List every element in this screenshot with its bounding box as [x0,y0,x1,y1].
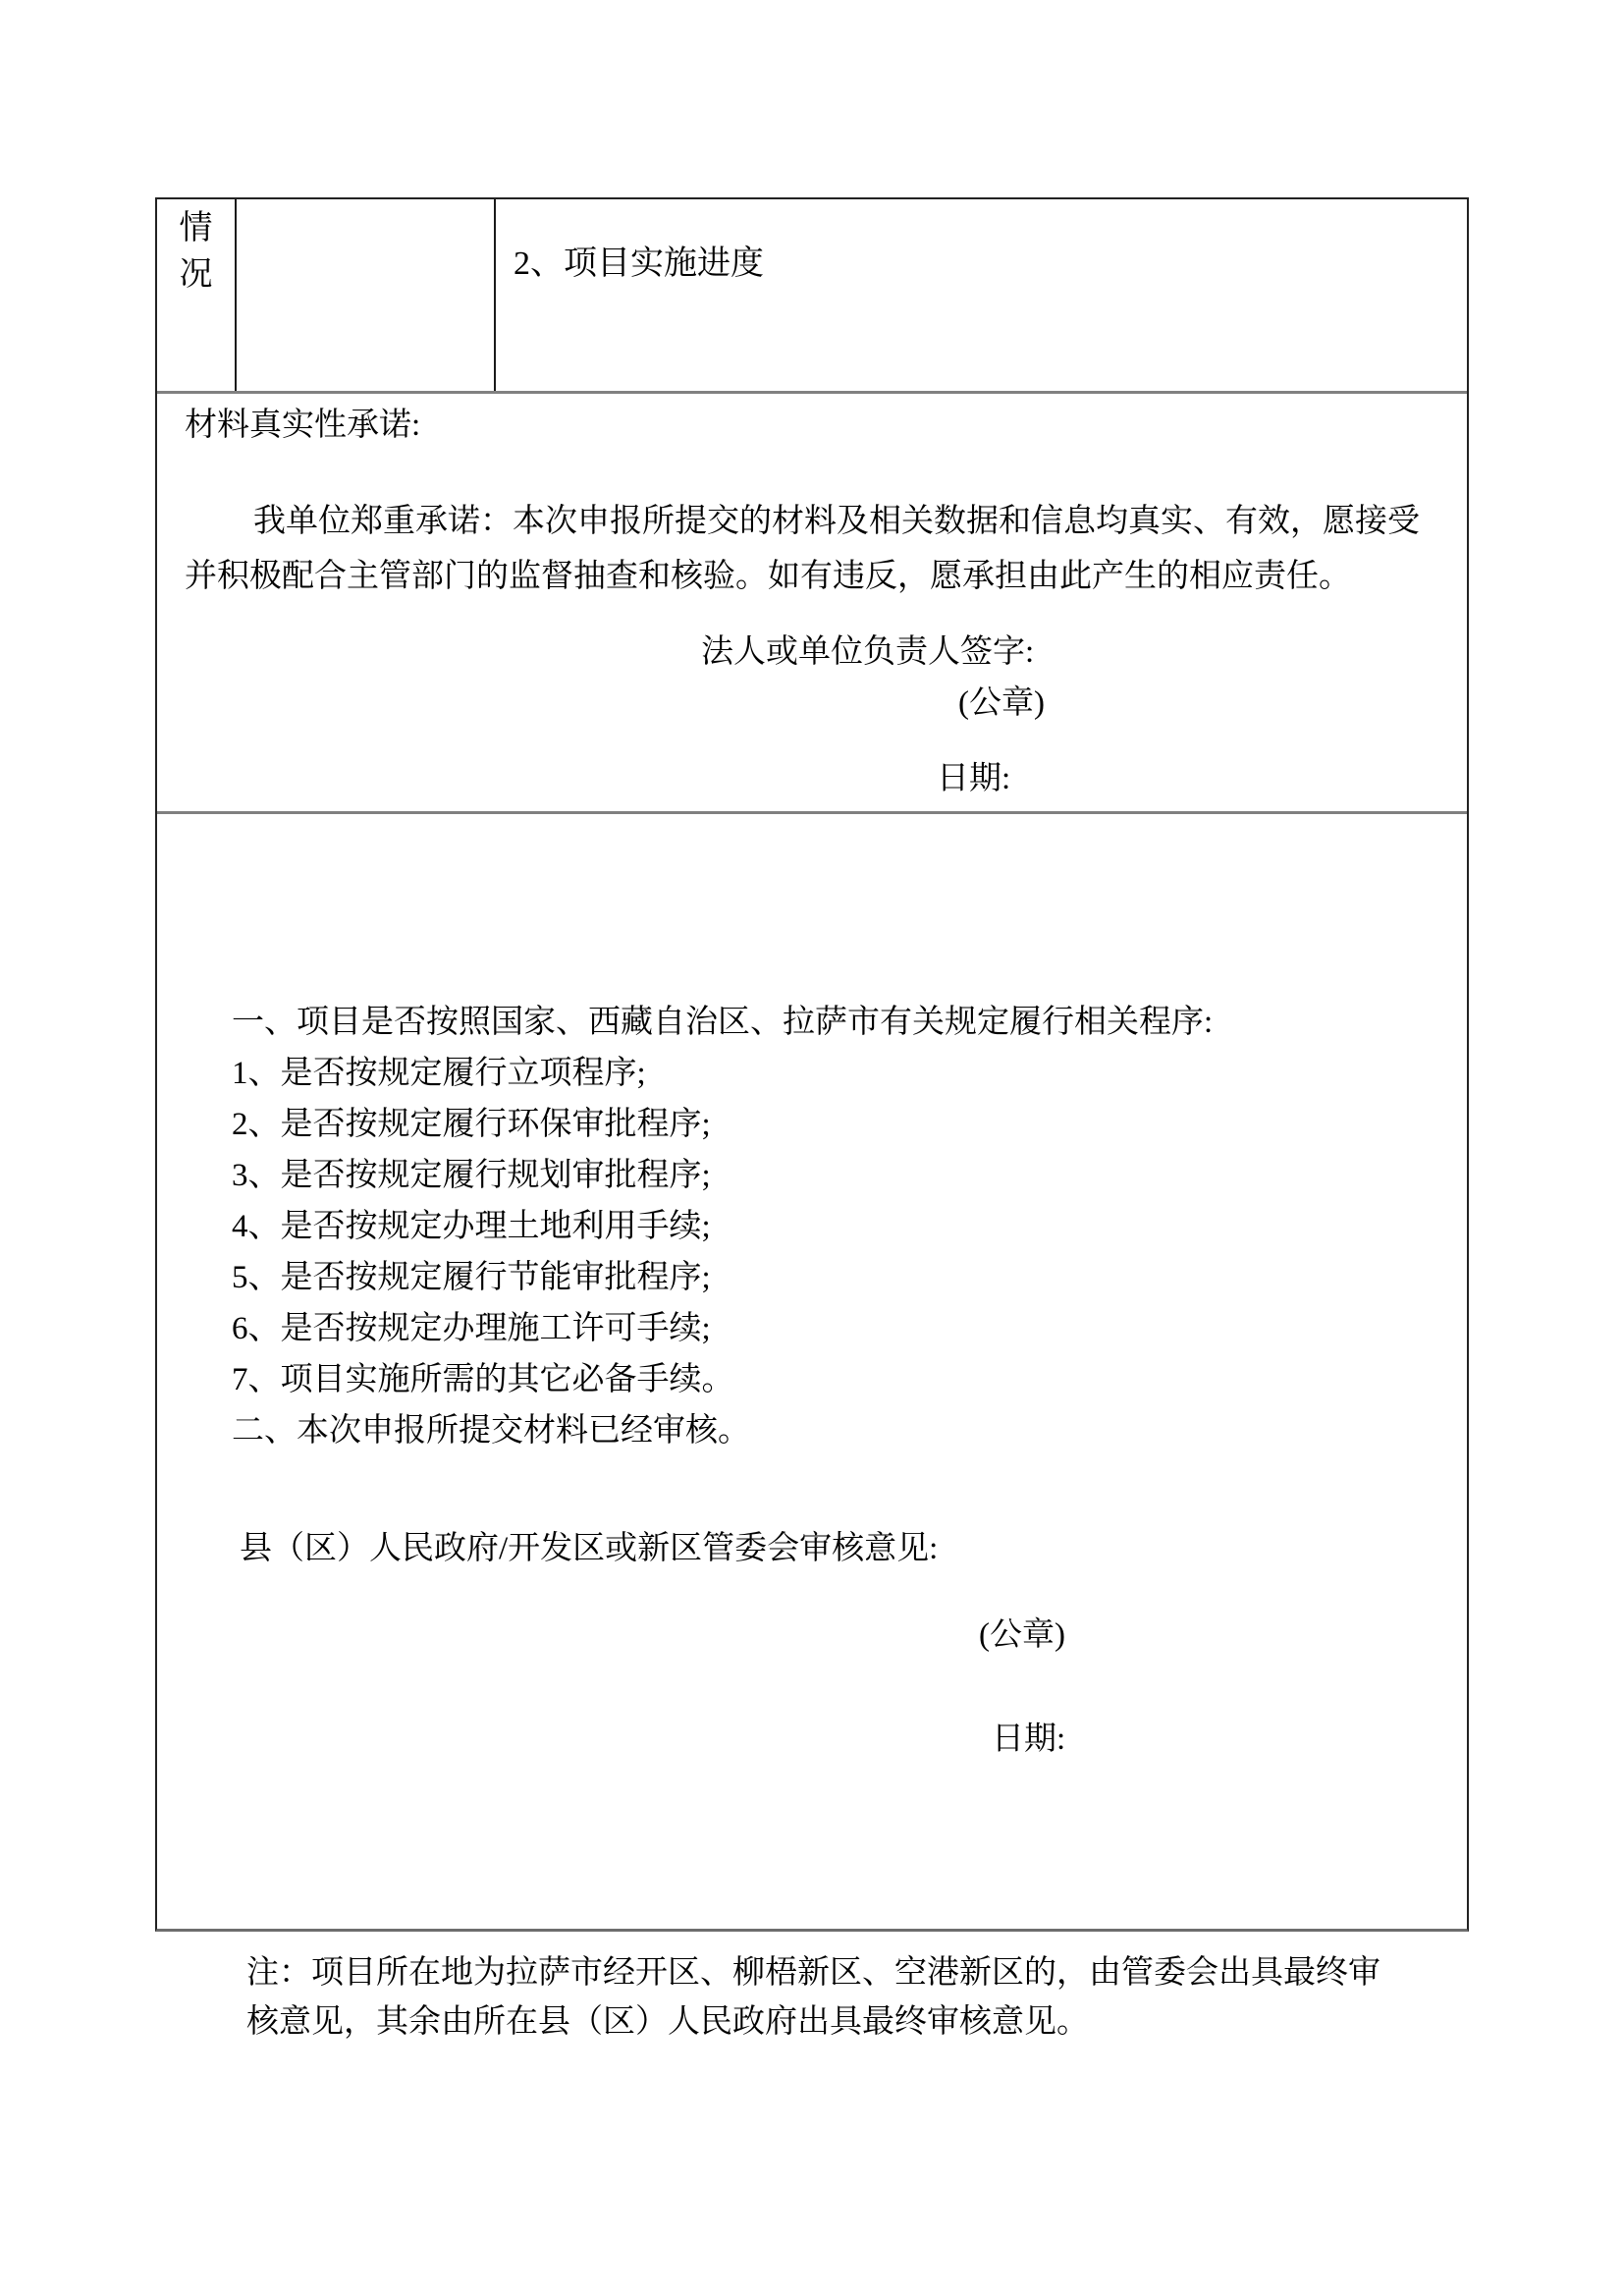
project-progress-item: 2、项目实施进度 [496,199,1467,391]
review-item: 5、是否按规定履行节能审批程序; [232,1252,1213,1303]
review-checklist: 一、项目是否按照国家、西藏自治区、拉萨市有关规定履行相关程序: 1、是否按规定履… [232,997,1213,1456]
footnote: 注：项目所在地为拉萨市经开区、柳梧新区、空港新区的，由管委会出具最终审 核意见，… [246,1948,1380,2047]
review-item: 7、项目实施所需的其它必备手续。 [232,1354,1213,1405]
situation-label: 情况 [178,205,215,298]
review-item: 一、项目是否按照国家、西藏自治区、拉萨市有关规定履行相关程序: [232,997,1213,1048]
review-item: 3、是否按规定履行规划审批程序; [232,1150,1213,1201]
review-item: 1、是否按规定履行立项程序; [232,1048,1213,1099]
empty-cell [237,199,496,391]
approval-opinion-heading: 县（区）人民政府/开发区或新区管委会审核意见: [240,1529,938,1568]
signature-label: 法人或单位负责人签字: [701,632,1034,672]
seal-label: (公章) [979,1615,1065,1655]
commitment-paragraph-line: 并积极配合主管部门的监督抽查和核验。如有违反，愿承担由此产生的相应责任。 [185,557,1351,596]
review-item: 4、是否按规定办理土地利用手续; [232,1201,1213,1252]
review-item: 2、是否按规定履行环保审批程序; [232,1099,1213,1150]
situation-label-cell: 情况 [157,199,237,391]
review-section: 一、项目是否按照国家、西藏自治区、拉萨市有关规定履行相关程序: 1、是否按规定履… [157,814,1467,1929]
review-item: 二、本次申报所提交材料已经审核。 [232,1405,1213,1456]
commitment-heading: 材料真实性承诺: [185,406,420,445]
commitment-paragraph-line: 我单位郑重承诺：本次申报所提交的材料及相关数据和信息均真实、有效，愿接受 [253,502,1420,541]
document-page: 情况 2、项目实施进度 材料真实性承诺: 我单位郑重承诺：本次申报所提交的材料及… [0,0,1623,2296]
date-label: 日期: [937,759,1010,798]
seal-label: (公章) [958,683,1045,723]
review-item: 6、是否按规定办理施工许可手续; [232,1303,1213,1354]
form-table: 情况 2、项目实施进度 材料真实性承诺: 我单位郑重承诺：本次申报所提交的材料及… [155,197,1469,1932]
commitment-section: 材料真实性承诺: 我单位郑重承诺：本次申报所提交的材料及相关数据和信息均真实、有… [157,394,1467,814]
footnote-line: 核意见，其余由所在县（区）人民政府出具最终审核意见。 [246,1997,1380,2047]
footnote-line: 注：项目所在地为拉萨市经开区、柳梧新区、空港新区的，由管委会出具最终审 [246,1948,1380,1997]
table-row-situation: 情况 2、项目实施进度 [157,199,1467,394]
date-label: 日期: [992,1720,1065,1759]
